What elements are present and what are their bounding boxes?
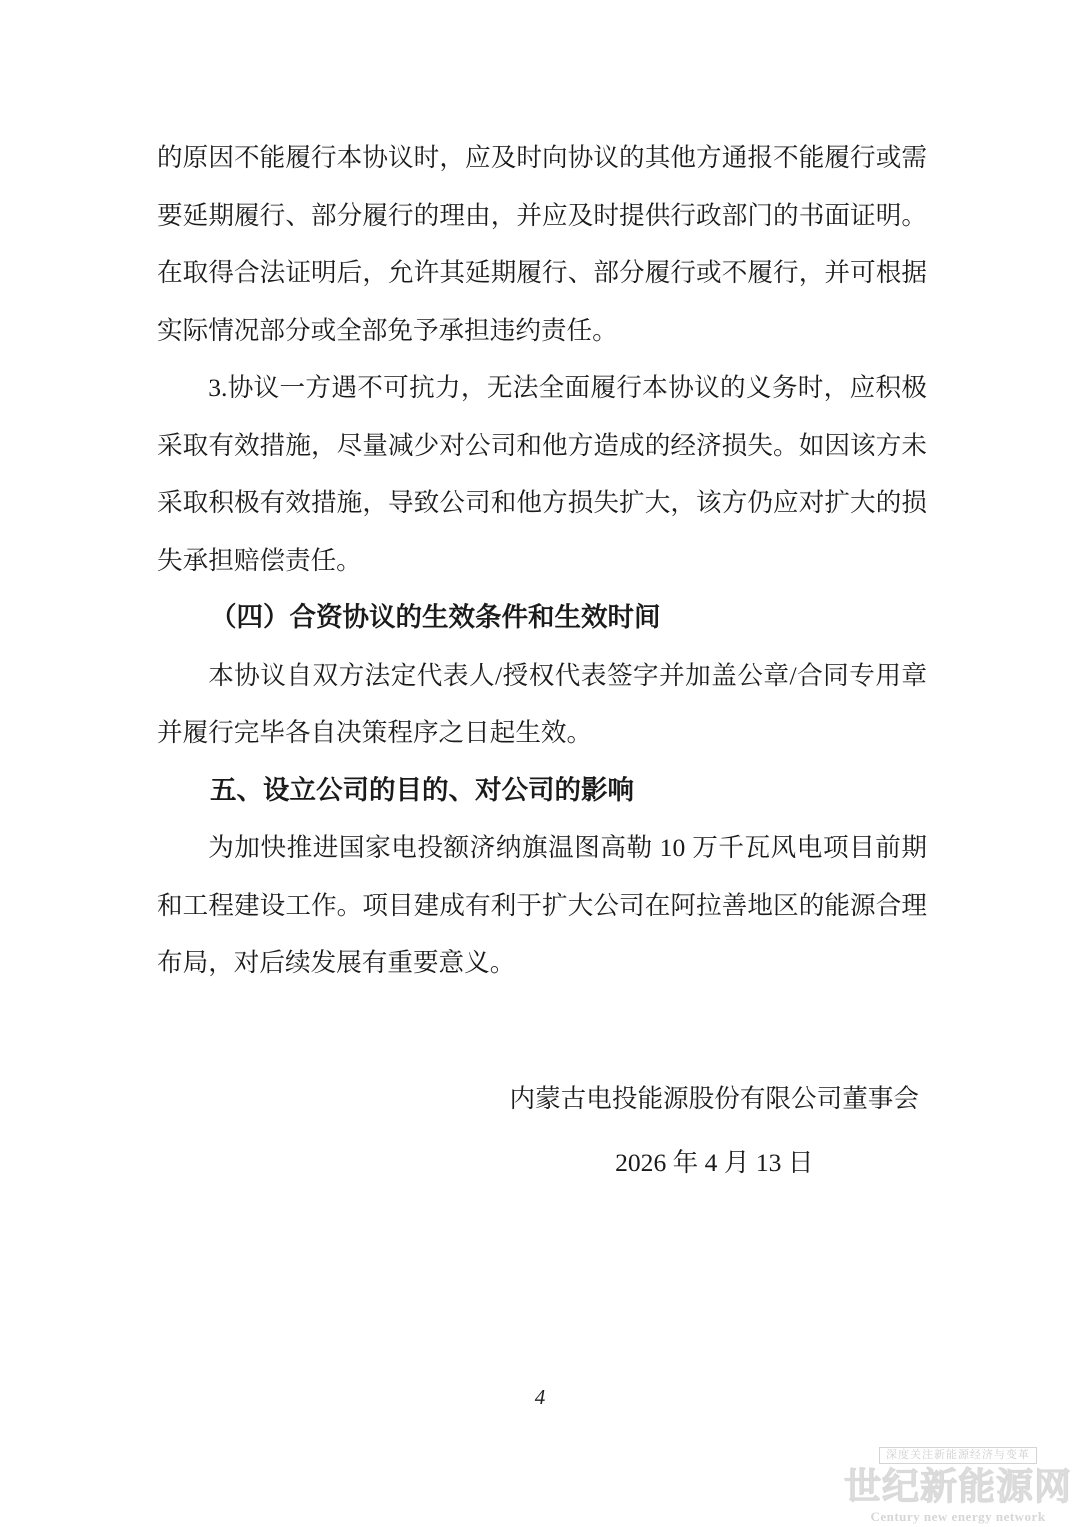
heading-section-4: （四）合资协议的生效条件和生效时间 [157,589,927,647]
paragraph-force-majeure: 3.协议一方遇不可抗力，无法全面履行本协议的义务时，应积极采取有效措施，尽量减少… [157,359,927,589]
heading-section-5: 五、设立公司的目的、对公司的影响 [157,762,927,820]
watermark-tagline: 深度关注新能源经济与变革 [879,1447,1037,1464]
paragraph-effectiveness: 本协议自双方法定代表人/授权代表签字并加盖公章/合同专用章并履行完毕各自决策程序… [157,647,927,762]
signature-company: 内蒙古电投能源股份有限公司董事会 [509,1070,919,1128]
watermark-subtitle: Century new energy network [838,1510,1078,1523]
document-page: 的原因不能履行本协议时，应及时向协议的其他方通报不能履行或需要延期履行、部分履行… [0,0,1080,1527]
signature-block: 内蒙古电投能源股份有限公司董事会 2026 年 4 月 13 日 [509,1070,919,1192]
document-body: 的原因不能履行本协议时，应及时向协议的其他方通报不能履行或需要延期履行、部分履行… [157,129,927,1192]
watermark-logo-text: 世纪新能源网 [838,1468,1078,1507]
paragraph-purpose: 为加快推进国家电投额济纳旗温图高勒 10 万千瓦风电项目前期和工程建设工作。项目… [157,819,927,992]
page-number: 4 [0,1385,1080,1410]
signature-date: 2026 年 4 月 13 日 [509,1134,919,1192]
paragraph-continued: 的原因不能履行本协议时，应及时向协议的其他方通报不能履行或需要延期履行、部分履行… [157,129,927,359]
watermark: 深度关注新能源经济与变革 世纪新能源网 Century new energy n… [838,1446,1078,1523]
